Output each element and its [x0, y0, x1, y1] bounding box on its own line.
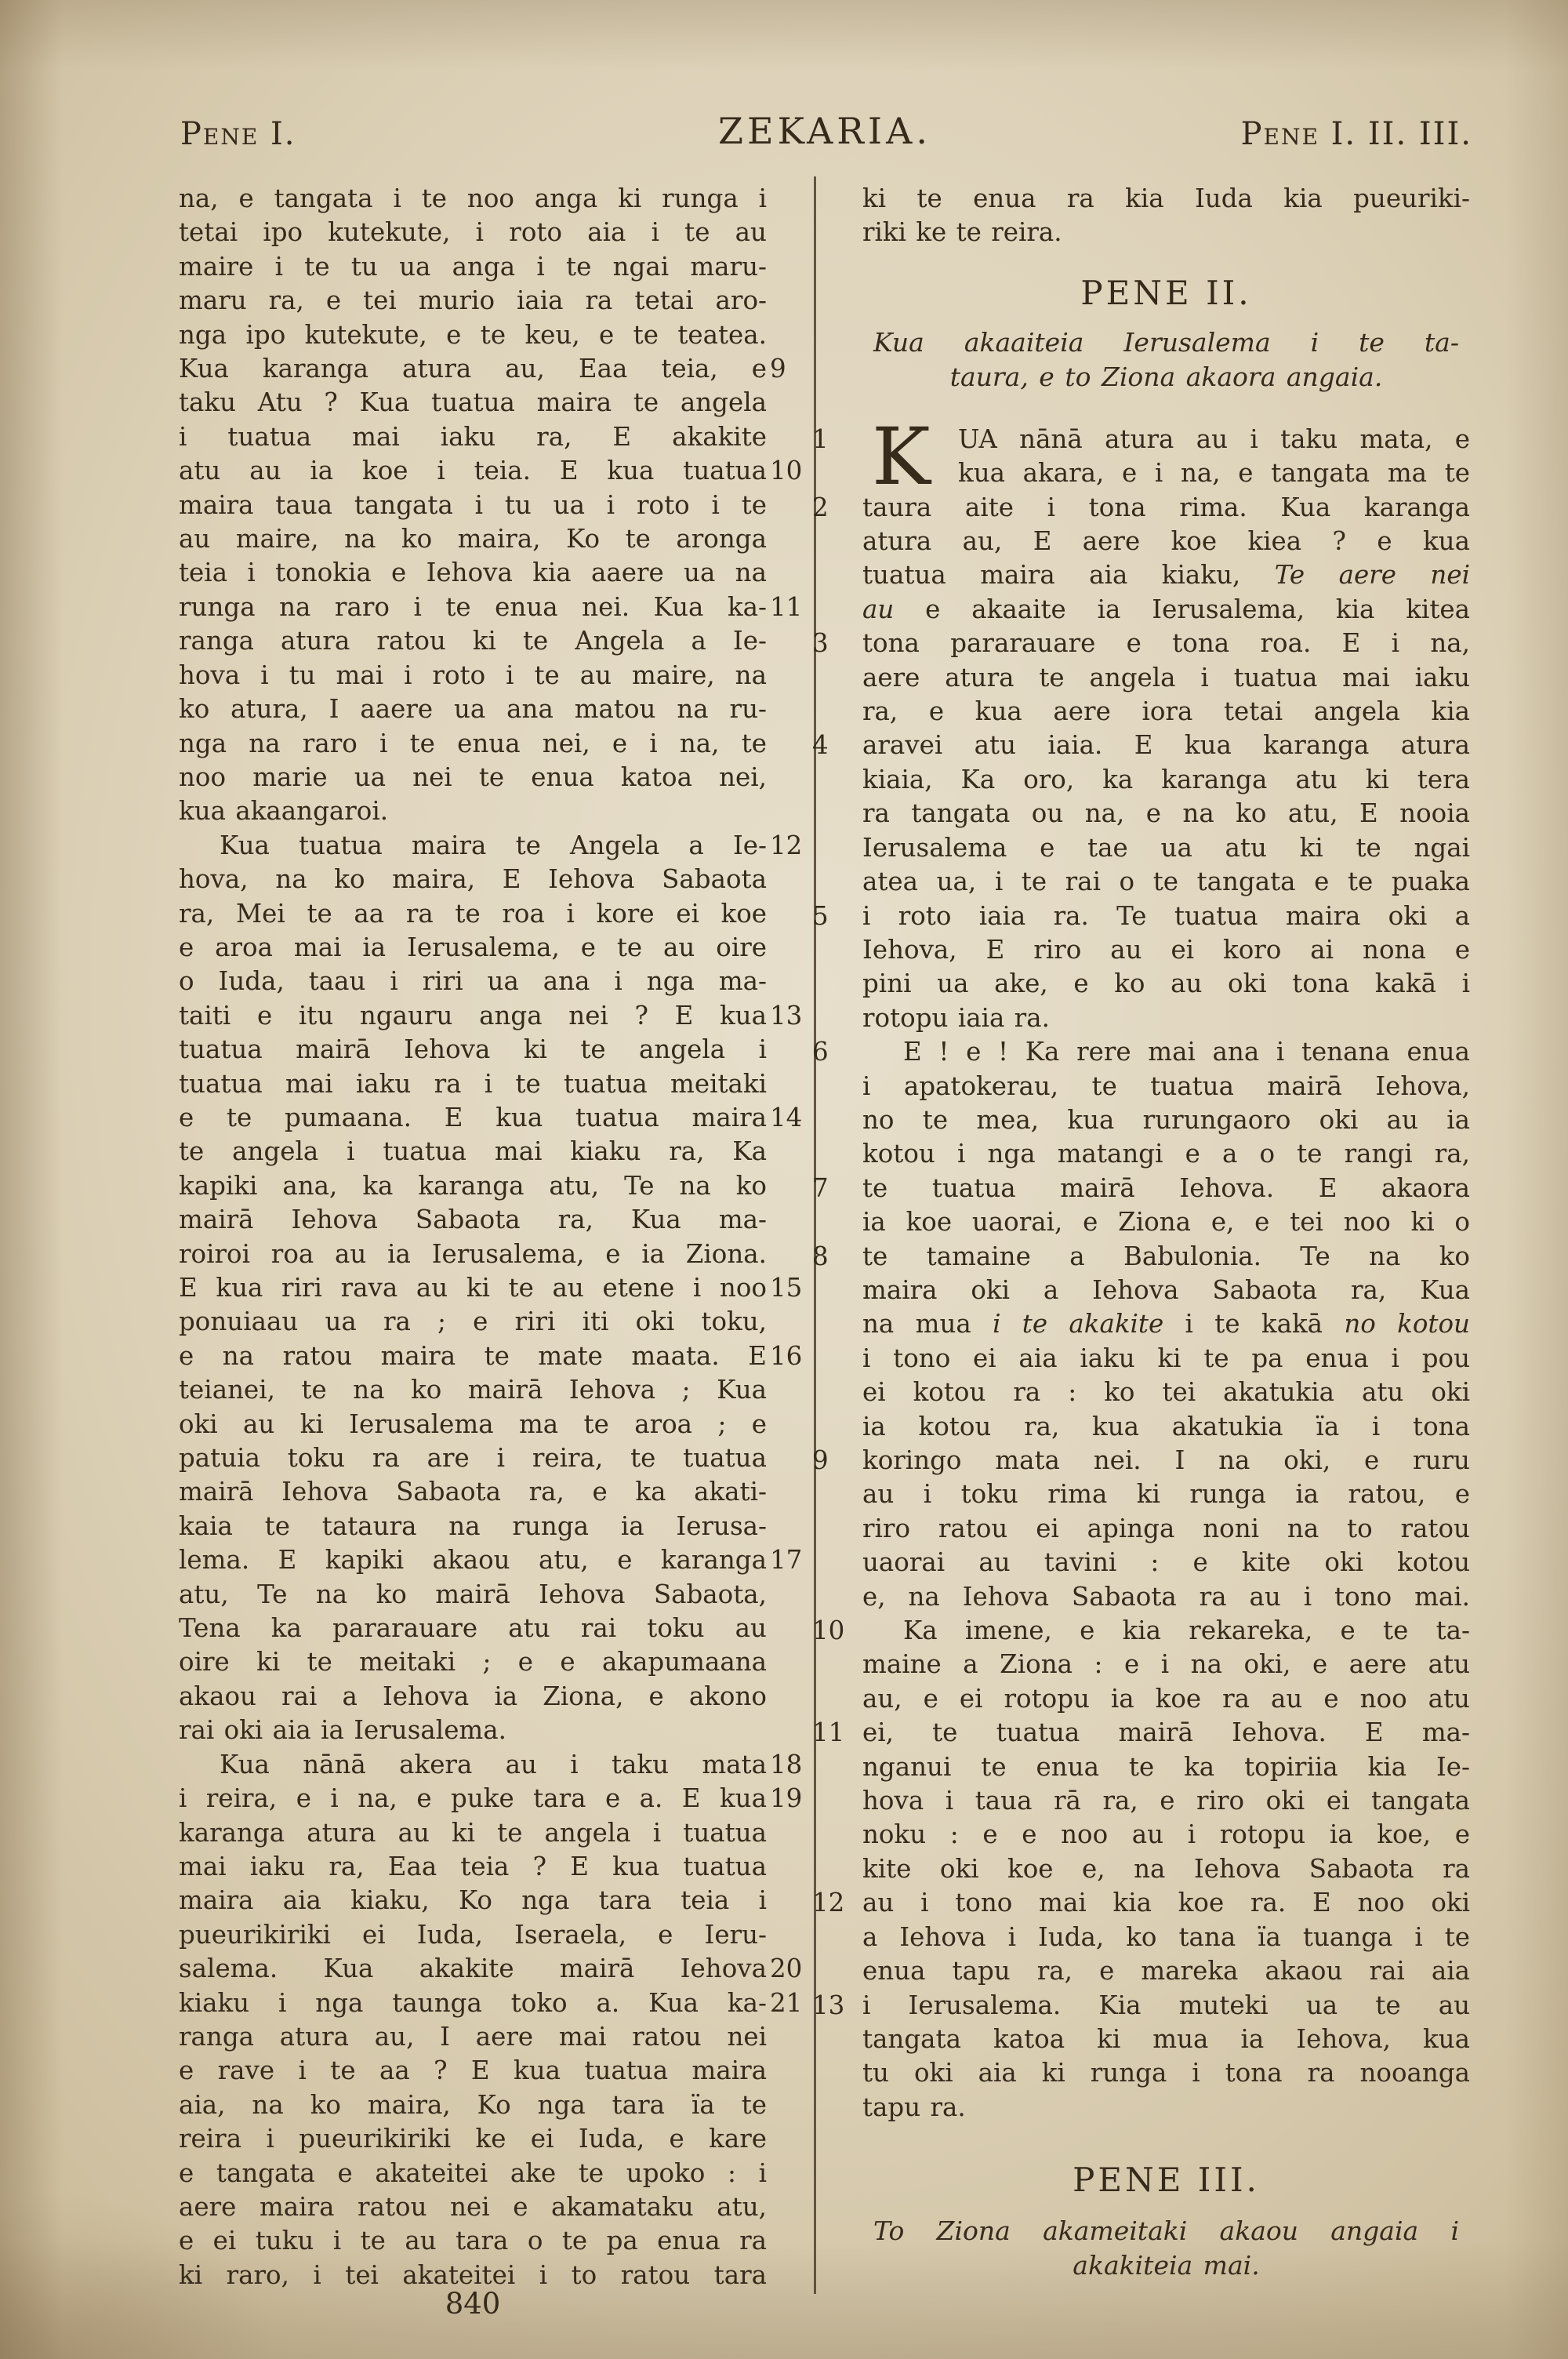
text-line: runga na raro i te enua nei. Kua ka-11: [179, 591, 767, 624]
text-line: au, e ei rotopu ia koe ra au e noo atu: [862, 1682, 1470, 1716]
right-column-intro: ki te enua ra kia Iuda kia pueuriki-riki…: [862, 182, 1470, 250]
text-line: i roto iaia ra. Te tuatua maira oki a5: [862, 900, 1470, 933]
text-line: kaia te tataura na runga ia Ierusa-: [179, 1510, 767, 1543]
text-line: riro ratou ei apinga noni na to ratou: [862, 1512, 1470, 1546]
text-line: i tuatua mai iaku ra, E akakite: [179, 420, 767, 454]
verse-number: 12: [770, 829, 812, 863]
verse-number: 14: [770, 1101, 812, 1135]
text-line: Ierusalema e tae ua atu ki te ngai: [862, 831, 1470, 865]
verse-number: 16: [770, 1339, 812, 1373]
verse-number: 11: [770, 591, 812, 624]
text-line: tu oki aia ki runga i tona ra nooanga: [862, 2056, 1470, 2090]
verse-number: 13: [812, 1989, 856, 2023]
verse-number: 17: [770, 1543, 812, 1577]
verse-number: 1: [812, 423, 856, 456]
text-line: ia kotou ra, kua akatukia ïa i tona: [862, 1410, 1470, 1444]
verse-number: 18: [770, 1748, 812, 1782]
text-line: tangata katoa ki mua ia Iehova, kua: [862, 2023, 1470, 2056]
text-line: lema. E kapiki akaou atu, e karanga17: [179, 1543, 767, 1577]
text-line: au i tono mai kia koe ra. E noo oki12: [862, 1886, 1470, 1920]
text-line: e aroa mai ia Ierusalema, e te au oire: [179, 931, 767, 965]
verse-number: 9: [770, 352, 812, 386]
right-column: ki te enua ra kia Iuda kia pueuriki-riki…: [862, 182, 1470, 2283]
text-line: roiroi roa au ia Ierusalema, e ia Ziona.: [179, 1238, 767, 1271]
text-line: atea ua, i te rai o te tangata e te puak…: [862, 865, 1470, 899]
text-line: te angela i tuatua mai kiaku ra, Ka: [179, 1135, 767, 1169]
text-line: E ! e ! Ka rere mai ana i tenana enua6: [862, 1035, 1470, 1069]
text-line: tona pararauare e tona roa. E i na,3: [862, 627, 1470, 660]
verse-number: 12: [812, 1886, 856, 1920]
text-line: mai iaku ra, Eaa teia ? E kua tuatua: [179, 1850, 767, 1884]
text-line: hova, na ko maira, E Iehova Sabaota: [179, 863, 767, 896]
text-line: noku : e e noo au i rotopu ia koe, e: [862, 1818, 1470, 1852]
text-line: maira oki a Iehova Sabaota ra, Kua: [862, 1274, 1470, 1307]
text-line: ranga atura au, I aere mai ratou nei: [179, 2020, 767, 2054]
verse-number: 13: [770, 999, 812, 1033]
text-line: teia i tonokia e Iehova kia aaere ua na: [179, 556, 767, 590]
text-line: kiaku i nga taunga toko a. Kua ka-21: [179, 1986, 767, 2020]
text-line: e, na Iehova Sabaota ra au i tono mai.: [862, 1580, 1470, 1614]
text-line: au e akaaite ia Ierusalema, kia kitea: [862, 593, 1470, 627]
running-head-right: Pene I. II. III.: [1241, 116, 1472, 152]
verse-number: 2: [812, 491, 856, 525]
text-line: patuia toku ra are i reira, te tuatua: [179, 1441, 767, 1475]
text-line: ei kotou ra : ko tei akatukia atu oki: [862, 1376, 1470, 1409]
text-line: no te mea, kua rurungaoro oki au ia: [862, 1103, 1470, 1137]
text-line: i Ierusalema. Kia muteki ua te au13: [862, 1989, 1470, 2023]
text-line: ia koe uaorai, e Ziona e, e tei noo ki o: [862, 1205, 1470, 1239]
text-line: Ka imene, e kia rekareka, e te ta-10: [862, 1614, 1470, 1648]
text-line: rai oki aia ia Ierusalema.: [179, 1714, 767, 1747]
text-line: aia, na ko maira, Ko nga tara ïa te: [179, 2088, 767, 2122]
book-page: Pene I. ZEKARIA. Pene I. II. III. na, e …: [0, 0, 1568, 2359]
text-line: maru ra, e tei murio iaia ra tetai aro-: [179, 284, 767, 318]
text-line: Kua karanga atura au, Eaa teia, e9: [179, 352, 767, 386]
text-line: atu au ia koe i teia. E kua tuatua10: [179, 454, 767, 488]
text-line: ra tangata ou na, e na ko atu, E nooia: [862, 797, 1470, 831]
text-line: taura aite i tona rima. Kua karanga2: [862, 491, 1470, 525]
page-number: 840: [179, 2287, 767, 2321]
text-line: ra, Mei te aa ra te roa i kore ei koe: [179, 897, 767, 931]
text-line: na mua i te akakite i te kakā no kotou: [862, 1307, 1470, 1341]
text-line: e te pumaana. E kua tuatua maira14: [179, 1101, 767, 1135]
text-line: reira i pueurikiriki ke ei Iuda, e kare: [179, 2122, 767, 2156]
text-line: e na ratou maira te mate maata. E16: [179, 1339, 767, 1373]
text-line: i tono ei aia iaku ki te pa enua i pou: [862, 1342, 1470, 1376]
text-line: maire i te tu ua anga i te ngai maru-: [179, 250, 767, 284]
text-line: na, e tangata i te noo anga ki runga i: [179, 182, 767, 216]
text-line: aere maira ratou nei e akamataku atu,: [179, 2190, 767, 2224]
text-line: kapiki ana, ka karanga atu, Te na ko: [179, 1169, 767, 1203]
text-line: aravei atu iaia. E kua karanga atura4: [862, 729, 1470, 762]
text-line: kite oki koe e, na Iehova Sabaota ra: [862, 1852, 1470, 1886]
text-line: teianei, te na ko mairā Iehova ; Kua: [179, 1373, 767, 1407]
text-line: riki ke te reira.: [862, 216, 1470, 249]
left-column: na, e tangata i te noo anga ki runga ite…: [179, 182, 767, 2292]
text-line: enua tapu ra, e mareka akaou rai aia: [862, 1954, 1470, 1988]
chapter2-verses: UA nānā atura au i taku mata, eK1kua aka…: [862, 423, 1470, 2125]
text-line: nganui te enua te ka topiriia kia Ie-: [862, 1750, 1470, 1784]
text-line: maira taua tangata i tu ua i roto i te: [179, 489, 767, 522]
verse-number: 21: [770, 1986, 812, 2020]
text-line: tuatua maira aia kiaku, Te aere nei: [862, 558, 1470, 592]
text-line: kotou i nga matangi e a o te rangi ra,: [862, 1137, 1470, 1171]
text-line: taku Atu ? Kua tuatua maira te angela: [179, 386, 767, 420]
text-line: kua akara, e i na, e tangata ma te: [862, 456, 1470, 490]
chapter2-summary-line2: taura, e to Ziona akaora angaia.: [862, 360, 1470, 394]
text-line: hova i tu mai i roto i te au maire, na: [179, 659, 767, 692]
text-line: mairā Iehova Sabaota ra, Kua ma-: [179, 1203, 767, 1237]
text-line: aere atura te angela i tuatua mai iaku: [862, 661, 1470, 695]
text-line: oki au ki Ierusalema ma te aroa ; e: [179, 1408, 767, 1441]
text-line: karanga atura au ki te angela i tuatua: [179, 1816, 767, 1850]
text-line: akaou rai a Iehova ia Ziona, e akono: [179, 1680, 767, 1714]
verse-number: 3: [812, 627, 856, 660]
text-line: Kua nānā akera au i taku mata18: [179, 1748, 767, 1782]
text-line: ranga atura ratou ki te Angela a Ie-: [179, 624, 767, 658]
verse-number: 19: [770, 1782, 812, 1816]
text-line: ki te enua ra kia Iuda kia pueuriki-: [862, 182, 1470, 216]
text-line: salema. Kua akakite mairā Iehova20: [179, 1952, 767, 1986]
verse-number: 20: [770, 1952, 812, 1986]
verse-number: 4: [812, 729, 856, 762]
text-line: a Iehova i Iuda, ko tana ïa tuanga i te: [862, 1921, 1470, 1954]
verse-number: 5: [812, 900, 856, 933]
text-line: pini ua ake, e ko au oki tona kakā i: [862, 967, 1470, 1001]
text-line: ra, e kua aere iora tetai angela kia: [862, 695, 1470, 729]
text-line: e tangata e akateitei ake te upoko : i: [179, 2157, 767, 2190]
verse-number: 7: [812, 1172, 856, 1205]
text-line: kiaia, Ka oro, ka karanga atu ki tera: [862, 763, 1470, 797]
verse-number: 15: [770, 1271, 812, 1305]
text-line: pueurikiriki ei Iuda, Iseraela, e Ieru-: [179, 1918, 767, 1952]
text-line: taiti e itu ngauru anga nei ? E kua13: [179, 999, 767, 1033]
text-line: atura au, E aere koe kiea ? e kua: [862, 525, 1470, 558]
chapter-heading-pene2: PENE II.: [862, 275, 1470, 311]
text-line: Kua tuatua maira te Angela a Ie-12: [179, 829, 767, 863]
verse-number: 10: [812, 1614, 856, 1648]
text-line: mairā Iehova Sabaota ra, e ka akati-: [179, 1475, 767, 1509]
chapter2-summary-line1: Kua akaaiteia Ierusalema i te ta-: [862, 325, 1470, 360]
text-line: kua akaangaroi.: [179, 794, 767, 828]
chapter3-summary-line2: akakiteia mai.: [862, 2248, 1470, 2283]
text-line: Tena ka pararauare atu rai toku au: [179, 1612, 767, 1645]
text-line: hova i taua rā ra, e riro oki ei tangata: [862, 1784, 1470, 1818]
text-line: te tamaine a Babulonia. Te na ko8: [862, 1240, 1470, 1274]
text-line: nga na raro i te enua nei, e i na, te: [179, 727, 767, 761]
text-line: tuatua mairā Iehova ki te angela i: [179, 1033, 767, 1067]
chapter3-summary-line1: To Ziona akameitaki akaou angaia i: [862, 2214, 1470, 2248]
text-line: atu, Te na ko mairā Iehova Sabaota,: [179, 1578, 767, 1612]
text-line: i reira, e i na, e puke tara e a. E kua1…: [179, 1782, 767, 1816]
text-line: nga ipo kutekute, e te keu, e te teatea.: [179, 318, 767, 352]
text-line: Iehova, E riro au ei koro ai nona e: [862, 933, 1470, 967]
verse-number: 10: [770, 454, 812, 488]
text-line: e rave i te aa ? E kua tuatua maira: [179, 2054, 767, 2088]
text-line: o Iuda, taau i riri ua ana i nga ma-: [179, 965, 767, 998]
text-line: au maire, na ko maira, Ko te aronga: [179, 522, 767, 556]
verse-number: 11: [812, 1716, 856, 1750]
text-line: E kua riri rava au ki te au etene i noo1…: [179, 1271, 767, 1305]
text-line: noo marie ua nei te enua katoa nei,: [179, 761, 767, 794]
text-line: maine a Ziona : e i na oki, e aere atu: [862, 1648, 1470, 1681]
text-line: maira aia kiaku, Ko nga tara teia i: [179, 1884, 767, 1917]
text-line: ei, te tuatua mairā Iehova. E ma-11: [862, 1716, 1470, 1750]
verse-number: 6: [812, 1035, 856, 1069]
text-line: i apatokerau, te tuatua mairā Iehova,: [862, 1070, 1470, 1103]
text-line: oire ki te meitaki ; e e akapumaana: [179, 1645, 767, 1679]
text-line: e ei tuku i te au tara o te pa enua ra: [179, 2224, 767, 2258]
verse-number: 8: [812, 1240, 856, 1274]
text-line: ponuiaau ua ra ; e riri iti oki toku,: [179, 1305, 767, 1339]
text-line: UA nānā atura au i taku mata, eK1: [862, 423, 1470, 456]
text-line: tapu ra.: [862, 2091, 1470, 2125]
text-line: te tuatua mairā Iehova. E akaora7: [862, 1172, 1470, 1205]
text-line: rotopu iaia ra.: [862, 1001, 1470, 1035]
text-line: ko atura, I aaere ua ana matou na ru-: [179, 692, 767, 726]
chapter-heading-pene3: PENE III.: [862, 2162, 1470, 2198]
verse-number: 9: [812, 1444, 856, 1478]
text-line: au i toku rima ki runga ia ratou, e: [862, 1478, 1470, 1511]
text-line: tetai ipo kutekute, i roto aia i te au: [179, 216, 767, 249]
text-line: uaorai au tavini : e kite oki kotou: [862, 1546, 1470, 1579]
text-line: koringo mata nei. I na oki, e ruru9: [862, 1444, 1470, 1478]
text-line: tuatua mai iaku ra i te tuatua meitaki: [179, 1067, 767, 1101]
